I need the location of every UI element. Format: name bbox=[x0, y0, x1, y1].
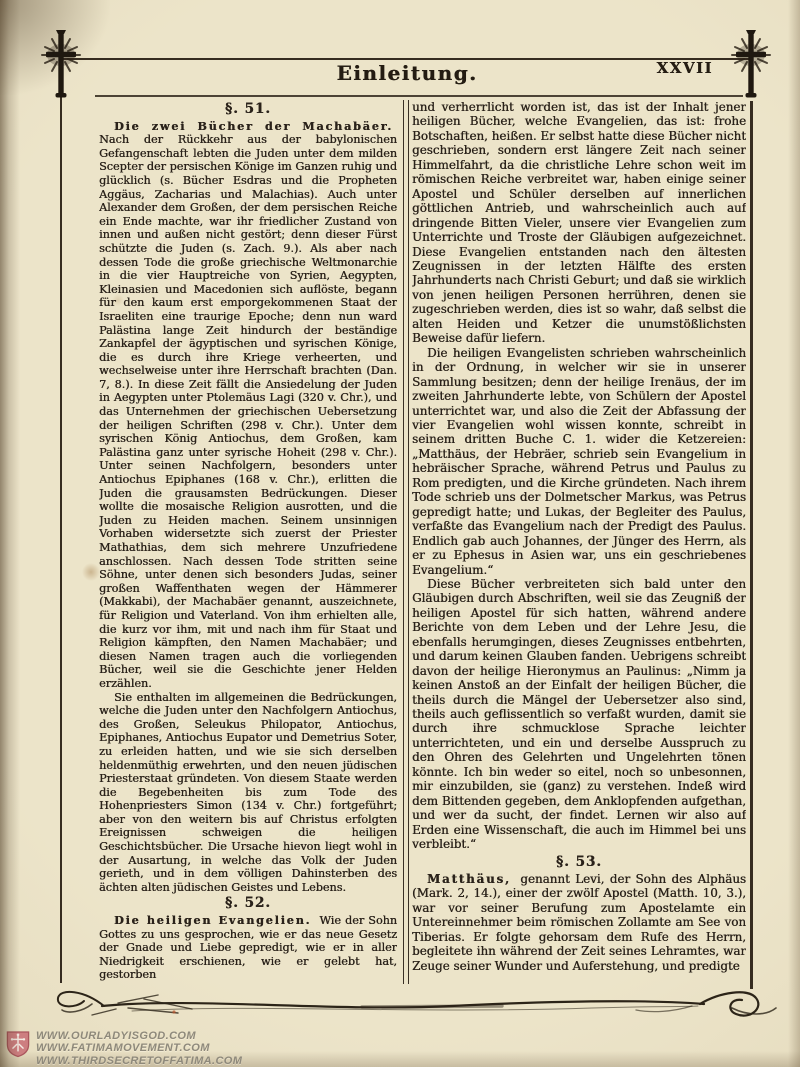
section-52-heading: §. 52. bbox=[99, 897, 397, 911]
right-column: und verherrlicht worden ist, das ist der… bbox=[412, 100, 746, 986]
section-51-lead: Die zwei Bücher der Machabäer. bbox=[114, 119, 397, 133]
watermark-line: WWW.THIRDSECRETOFFATIMA.COM bbox=[36, 1055, 242, 1067]
section-53-paragraph: Matthäus, genannt Levi, der Sohn des Alp… bbox=[412, 872, 746, 973]
book-page: Einleitung. XXVII §. 51. Die zwei Bücher… bbox=[0, 0, 800, 1067]
left-column: §. 51. Die zwei Bücher der Machabäer. Na… bbox=[99, 100, 397, 986]
page-number: XXVII bbox=[657, 59, 713, 77]
right-page-border bbox=[750, 101, 753, 989]
column-divider bbox=[403, 100, 409, 984]
gospel-spread-paragraph: Diese Bücher verbreiteten sich bald unte… bbox=[412, 577, 746, 852]
header-underline-rule bbox=[95, 95, 743, 97]
page-title: Einleitung. bbox=[62, 61, 752, 85]
continuation-paragraph: und verherrlicht worden ist, das ist der… bbox=[412, 100, 746, 346]
section-53-lead: Matthäus, bbox=[427, 872, 515, 886]
section-51-paragraph-2: Sie enthalten im allgemeinen die Bedrück… bbox=[99, 691, 397, 895]
top-rule bbox=[60, 58, 752, 60]
evangelists-order-paragraph: Die heiligen Evangelisten schrieben wahr… bbox=[412, 346, 746, 577]
edge-shadow bbox=[788, 0, 800, 1067]
watermark: WWW.OURLADYISGOD.COM WWW.FATIMAMOVEMENT.… bbox=[6, 1030, 242, 1067]
section-52-paragraph: Die heiligen Evangelien. Wie der Sohn Go… bbox=[99, 914, 397, 982]
book-spine-shadow bbox=[0, 0, 20, 1067]
section-53-paragraph-text: genannt Levi, der Sohn des Alphäus (Mark… bbox=[412, 872, 746, 973]
watermark-line: WWW.OURLADYISGOD.COM bbox=[36, 1030, 242, 1042]
section-51-paragraph-1-text: Nach der Rückkehr aus der babylonischen … bbox=[99, 133, 397, 690]
watermark-urls: WWW.OURLADYISGOD.COM WWW.FATIMAMOVEMENT.… bbox=[36, 1030, 242, 1067]
watermark-line: WWW.FATIMAMOVEMENT.COM bbox=[36, 1042, 242, 1054]
section-51-heading: §. 51. bbox=[99, 103, 397, 117]
section-53-heading: §. 53. bbox=[412, 855, 746, 869]
section-51-paragraph-1: Die zwei Bücher der Machabäer. Nach der … bbox=[99, 120, 397, 691]
left-page-border bbox=[60, 93, 62, 983]
section-52-lead: Die heiligen Evangelien. bbox=[114, 913, 315, 927]
bottom-flourish-icon bbox=[32, 982, 777, 1034]
